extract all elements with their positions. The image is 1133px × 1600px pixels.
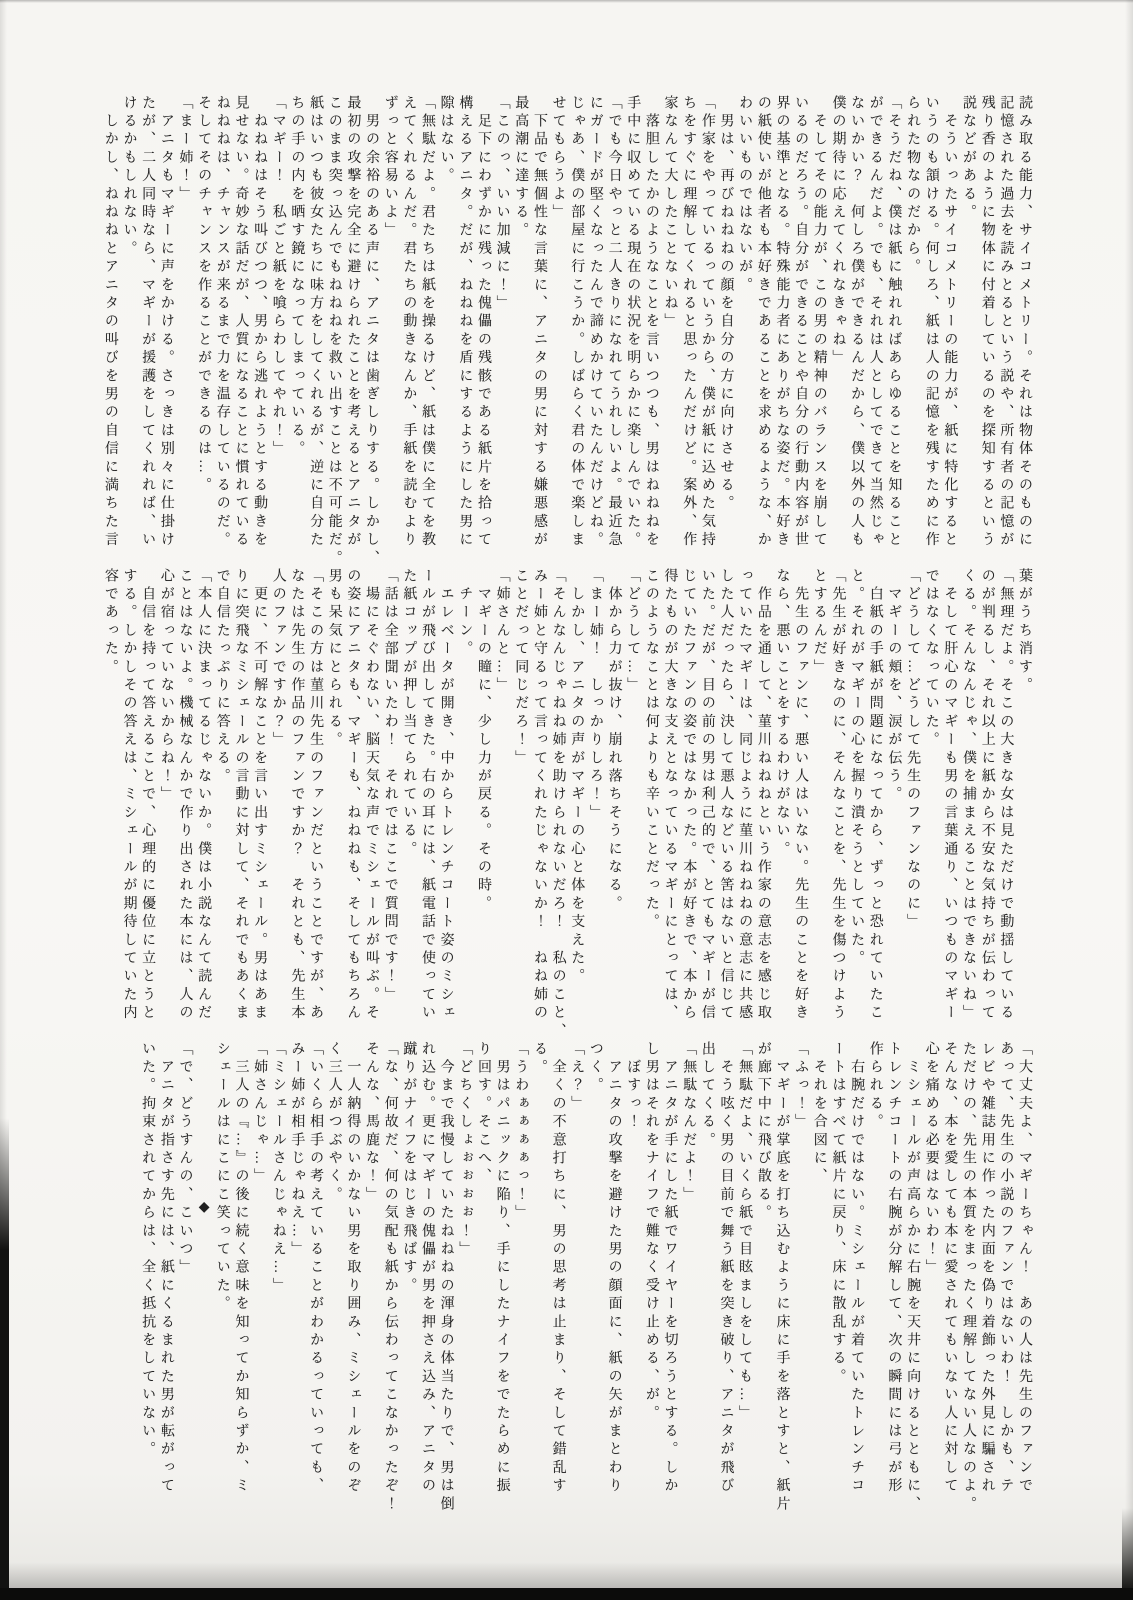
scan-edge-right-dark [1122,1508,1133,1588]
text-column: えてくれるんだ。君たちの動きなんか、手紙を読むより [399,95,418,571]
text-column: 「え？」 [567,1041,586,1517]
text-column: 「でも今日やっと二人きりになれてうれしいよ。最近急 [604,95,623,571]
text-column: 隙はない。 [436,95,455,571]
text-column: いうのも頷ける。何しろ、紙は人の記憶を残すために作 [921,95,940,571]
text-column: ただけの、先生の本質をまったく理解してない人なのよ。 [958,1041,977,1517]
text-column: とするんだ」 [809,568,828,1044]
text-column: 「な、何故だ、何の気配も紙から伝わってこなかったぞ！ [380,1041,399,1517]
text-column: そんな、馬鹿な！」 [361,1041,380,1517]
text-column: マギーの瞳に、少し力が戻る。その時。 [473,568,492,1044]
text-column: 出してくる。 [697,1041,716,1517]
text-column: 「どうして…どうして先生のファンなのに」 [902,568,921,1044]
text-column: くる。そんなんじゃ、僕を捕まえることはできないね」 [958,568,977,1044]
text-column: 「このっ、いい加減に！」 [492,95,511,571]
text-column: いた。拘束されてからは、全く抵抗をしていない。 [138,1041,157,1517]
text-column: した人だったら、決して悪人などいる筈はないと信じて [716,568,735,1044]
text-column: にガードが堅くなったんで諦めかけていたんだけどね。 [585,95,604,571]
text-column: のが判るし、それ以上に紙から不安な気持ちが伝わって [977,568,996,1044]
text-column: 今まで我慢していたねねねの渾身の体当たりで、男は倒 [436,1041,455,1517]
text-column: 「いくら相手の考えていることがわかるっていっても、 [305,1041,324,1517]
text-column: しかし、アニタの声がマギーの心と体を支えた。 [567,568,586,1044]
text-column: このようなことは何よりも辛いことだった。 [641,568,660,1044]
text-column: ではなくなっていた。 [921,568,940,1044]
scan-edge-bottom [0,1588,1133,1600]
text-column: 「話は全部聞いたわ！ それではここで質問です！」 [380,568,399,1044]
text-column: ちをすぐに理解してくれると思ったんだけど。案外、作 [679,95,698,571]
text-column: 「無駄なんだよ！」 [679,1041,698,1517]
text-column: アニタが手にした紙でワイヤーを切ろうとする。しか [660,1041,679,1517]
text-column: 「先生が好きなのに、そんなことを、先生を傷つけよう [828,568,847,1044]
text-column: 三人の『…』の後に続く意味を知ってか知らずか、ミ [231,1041,250,1517]
text-column: 「無駄だよ、いくら紙で目眩ましをしても…」 [735,1041,754,1517]
text-column: り回す。そこへ、 [473,1041,492,1517]
text-column: ぼすっ！ [623,1041,642,1517]
text-band-top: 読み取る能力、サイコメトリー。それは物体そのものに記憶された過去を読みとるという… [100,95,1033,571]
text-column: 自信を持って答えることで、心理的に優位に立とうと [138,568,157,1044]
text-column: 「無理だよ。そこの大きな女は見ただけで動揺している [996,568,1015,1044]
text-column: それを合図に、 [809,1041,828,1517]
text-column: ねねねは、チャンスが来るまで力を温存しているのだ。 [212,95,231,571]
text-column: ことだって同じだろ！」 [511,568,530,1044]
text-column: 「で、どうすんの、こいつ」 [175,1041,194,1517]
text-column: れ込む。更にマギーの傀儡が男を押さえ込み、アニタの [417,1041,436,1517]
text-column: 全くの不意打ちに、男の思考は止まり、そして錯乱す [548,1041,567,1517]
text-column: る。 [529,1041,548,1517]
text-column: いた。だが、目の前の男は利己的で、とてもマギーが信 [697,568,716,1044]
text-column: 記憶された過去を読みとるという説や、所有者の記憶が [996,95,1015,571]
text-column: 蹴りがナイフをはじき飛ばす。 [399,1041,418,1517]
text-column: シェールはにこにこ笑っていた。 [212,1041,231,1517]
text-column: 「うわぁぁぁぁっ！」 [511,1041,530,1517]
text-column: 「姉さんと…」 [492,568,511,1044]
text-column: いるのだろう。自分ができることや自分の行動内容が世 [790,95,809,571]
scan-edge-bottom-shadow [0,1562,1133,1588]
text-column: 作品を通して、菫川ねねねという作家の意志を感じ取 [753,568,772,1044]
text-column: 「まー姉！」 [175,95,194,571]
text-column: ことはないよ。機械なんかで作り出された本には、人の [175,568,194,1044]
text-column: 紙はいつも彼女たちに味方をしてくれるが、逆に自分た [305,95,324,571]
text-column: の紙使いが他者も本好きであることを求めるような、か [753,95,772,571]
text-column: 「作家をやっているっていうから、僕が紙に込めた気持 [697,95,716,571]
text-column: 「ミシェールさんじゃねえ…」 [268,1041,287,1517]
text-column: 葉がうち消す。 [1014,568,1033,1044]
text-column: 手中に収めている現在の状況を明らかに楽しんでいた。 [623,95,642,571]
text-column: みー姉と守るって言ってくれたじゃないか！ ねね姉の [529,568,548,1044]
text-column: レビや雑誌用に作った内面を偽り着飾った外見に騙され [977,1041,996,1517]
text-column: わいいものではないが。 [735,95,754,571]
text-column: マギーの頬を、涙が伝う。 [884,568,903,1044]
text-column: ールが飛び出してきた。右の耳には、紙電話で使ってい [417,568,436,1044]
text-column: 「無駄だよ。君たちは紙を操るけど、紙は僕に全てを教 [417,95,436,571]
text-column: 作られる。 [865,1041,884,1517]
text-band-bottom: 「大丈夫よ、マギーちゃん！ あの人は先生のファンであって、先生の小説のファンでは… [100,1041,1033,1517]
text-column: 「そうだね、僕は紙に触れればあらゆることを知ること [884,95,903,571]
text-column: つく。 [585,1041,604,1517]
text-column: そして肝心のマギーも男の言葉通り、いつものマギー [940,568,959,1044]
text-column: 男も呆気にとられる。 [324,568,343,1044]
text-column: なら、悪いことをするわけがない。 [772,568,791,1044]
text-column: ずっと容易いよ」 [380,95,399,571]
text-column: 説などがある。 [958,95,977,571]
text-column: ないかい？ 何しろ僕ができるんだから、僕以外の人も [846,95,865,571]
text-column: じていたファンの姿ではなかった。本が好きで、本から [679,568,698,1044]
text-column: アニタもマギーに声をかける。さっきは別々に仕掛け [156,95,175,571]
text-column: 心を痛める必要はないわ！」 [921,1041,940,1517]
text-column: トレンチコートの右腕が分解して、次の瞬間には弓が形 [884,1041,903,1517]
text-column: 落胆したかのようなことを言いつつも、男はねねねを [641,95,660,571]
text-column: チーン。 [455,568,474,1044]
text-column: 一人納得のいかない男を取り囲み、ミシェールをのぞ [343,1041,362,1517]
text-column: 体から力が抜け、崩れ落ちそうになる。 [604,568,623,1044]
scene-break-marker: ◆ [193,1041,212,1517]
text-column: 心が宿っていないからね！」 [156,568,175,1044]
text-column: たが、二人同時なら、マギーが援護をしてくれれば、い [138,95,157,571]
text-column: られた物なのだから。 [902,95,921,571]
text-column: ミシェールが声高らかに右腕を天井に向けるとともに、 [902,1041,921,1517]
text-column: 「本人に決まってるじゃないか。僕は小説なんて読んだ [193,568,212,1044]
text-column: た紙コップが押し当てられている。 [399,568,418,1044]
text-column: 白紙の手紙が問題になってから、ずっと恐れていたこ [865,568,884,1044]
text-column: 構えるアニタ。だが、ねねねを盾にするようにした男に [455,95,474,571]
text-column: する。しかしその答えは、ミシェールが期待していた内 [119,568,138,1044]
text-column: このまま突っ込んでもねねねを救い出すことは不可能だ。 [324,95,343,571]
text-column: 「どちくしょぉぉぉぉ！」 [455,1041,474,1517]
text-band-middle: 葉がうち消す。「無理だよ。そこの大きな女は見ただけで動揺しているのが判るし、それ… [100,568,1033,1044]
text-column: マギーが掌底を打ち込むように床に手を落とすと、紙片 [772,1041,791,1517]
text-column: と。それがマギーの心を握り潰そうとしていた。 [846,568,865,1044]
text-column: 男の余裕のある声に、アニタは歯ぎしりする。しかし、 [361,95,380,571]
text-column: 界の基準となる。特殊能力者にありがちな姿だ。本好き [772,95,791,571]
text-column: 最高潮に達する。 [511,95,530,571]
text-column: 人のファンですか？」 [268,568,287,1044]
text-column: 「ふっ！」 [790,1041,809,1517]
text-column: っていたマギーは、同じように菫川ねねねの意志に共感 [735,568,754,1044]
text-column: そう呟く男の目前で舞う紙を突き破り、アニタが飛び [716,1041,735,1517]
text-column: ちの手の内を晒す鏡になってしまっている。 [287,95,306,571]
text-column: 残り香のように物体に付着しているのを探知するという [977,95,996,571]
text-column: 右腕だけではない。ミシェールが着ていたトレンチコ [846,1041,865,1517]
text-column: 場にそぐわない、脳天気な声でミシェールが叫ぶ。そ [361,568,380,1044]
text-column: 見せない。奇妙な話だが、人質になることに慣れている [231,95,250,571]
text-column: 「姉さんじゃ…」 [249,1041,268,1517]
text-column: 「どうして…」 [623,568,642,1044]
text-column: 「そんなんじゃねね姉を助けられないだろ！ 私のこと、 [548,568,567,1044]
text-column: 先生のファンに、悪い人はいない。先生のことを好き [790,568,809,1044]
text-column: 容であった。 [100,568,119,1044]
text-column: せてもらうよ」 [548,95,567,571]
text-column: 読み取る能力、サイコメトリー。それは物体そのものに [1014,95,1033,571]
text-column: 「マギー！ 私ごと紙を喰らわしてやれ！」 [268,95,287,571]
text-column: 男はパニックに陥り、手にしたナイフをでたらめに振 [492,1041,511,1517]
text-column: 男は、再びねねねの顔を自分の方に向けさせる。 [716,95,735,571]
text-column: そういったサイコメトリーの能力が、紙に特化すると [940,95,959,571]
text-column: なたは先生の作品のファンですか？ それとも、先生本 [287,568,306,1044]
text-column: 足下にわずかに残った傀儡の残骸である紙片を拾って [473,95,492,571]
text-column: 更に、不可解なことを言い出すミシェール。男はあま [249,568,268,1044]
text-column: で自信たっぷりに答える。 [212,568,231,1044]
text-column: 得たものが大きな支えとなっているマギーにとっては、 [660,568,679,1044]
text-column: じゃあ、僕の部屋に行こうか。しばらく君の体で楽しま [567,95,586,571]
text-column: 「そこの方は菫川先生のファンだということですが、あ [305,568,324,1044]
text-column: アニタが指さす先には、紙にくるまれた男が転がって [156,1041,175,1517]
text-column: ができるんだよ。でも、それは人としてできて当然じゃ [865,95,884,571]
scan-edge-left-dark [0,1118,9,1588]
scan-edge-right-soft [1125,0,1133,1600]
text-column: しかし、ねねねとアニタの叫びを男の自信に満ちた言 [100,95,119,571]
text-column: の姿にアニタも、マギーも、ねねねも、そしてもちろん [343,568,362,1044]
text-column: みー姉が相手じゃねえ…」 [287,1041,306,1517]
text-column: 「大丈夫よ、マギーちゃん！ あの人は先生のファンで [1014,1041,1033,1517]
text-column: アニタの攻撃を避けた男の顔面に、紙の矢がまとわり [604,1041,623,1517]
text-column: 下品で無個性な言葉に、アニタの男に対する嫌悪感が [529,95,548,571]
text-column: く三人がつぶやく。 [324,1041,343,1517]
text-column: ートはすべて紙片に戻り、床に散乱する。 [828,1041,847,1517]
text-column: 僕の期待に応えてくれなきゃね」 [828,95,847,571]
text-column: エレベータが開き、中からトレンチコート姿のミシェ [436,568,455,1044]
text-column: けるかもしれない。 [119,95,138,571]
scan-edge-top [0,0,1133,3]
text-column: 最初の攻撃を完全に避けられたことを考えるとアニタが [343,95,362,571]
text-column: が廊下中に飛び散る。 [753,1041,772,1517]
text-column: そしてその能力が、この男の精神のバランスを崩して [809,95,828,571]
text-column: そしてそのチャンスを作ることができるのは…。 [193,95,212,571]
text-column: ねねねはそう叫びつつ、男から逃れようとする動きを [249,95,268,571]
text-column: 家なんて大したことないね」 [660,95,679,571]
text-column: し男はそれをナイフで難なく受け止める、が。 [641,1041,660,1517]
text-column: あって、先生の小説のファンではないわ！ しかも、テ [996,1041,1015,1517]
novel-page: 読み取る能力、サイコメトリー。それは物体そのものに記憶された過去を読みとるという… [0,0,1133,1600]
text-column: 「まー姉！ しっかりしろ！」 [585,568,604,1044]
text-column: りに突飛なミシェールの言動に対して、それでもあくま [231,568,250,1044]
text-column: そんな、本を愛しても本に愛されてもいない人に対して [940,1041,959,1517]
